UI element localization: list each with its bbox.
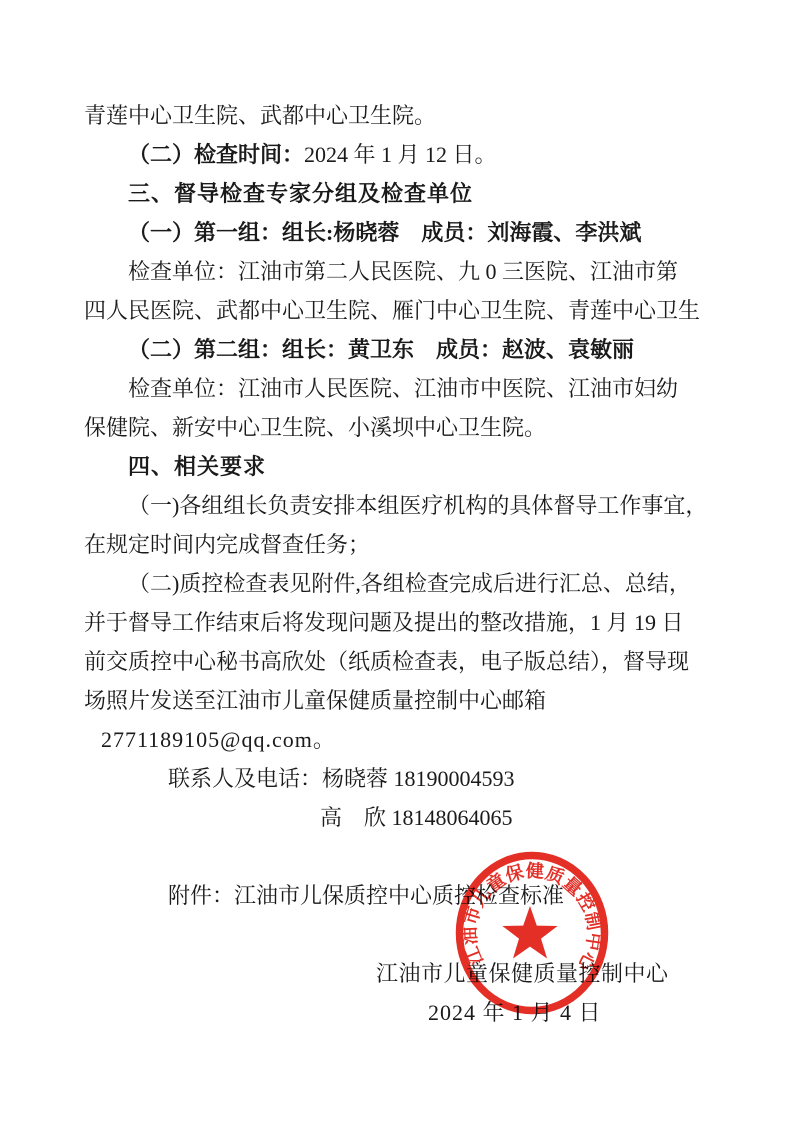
contact-line2: 高 欣 18148064065	[84, 798, 700, 837]
group1-units-line2: 四人民医院、武都中心卫生院、雁门中心卫生院、青莲中心卫生	[84, 291, 700, 330]
section4-heading: 四、相关要求	[84, 447, 700, 486]
inspection-time-label: （二）检查时间：	[128, 142, 304, 167]
group1-units-line1: 检查单位：江油市第二人民医院、九 0 三医院、江油市第	[84, 252, 700, 291]
paragraph-line: 青莲中心卫生院、武都中心卫生院。	[84, 96, 700, 135]
requirement2-line2: 并于督导工作结束后将发现问题及提出的整改措施，1 月 19 日	[84, 603, 700, 642]
inspection-time-value: 2024 年 1 月 12 日。	[304, 142, 497, 167]
requirement2-line4: 场照片发送至江油市儿童保健质量控制中心邮箱	[84, 681, 700, 720]
requirement1-line1: （一)各组组长负责安排本组医疗机构的具体督导工作事宜，	[84, 486, 700, 525]
star-icon	[502, 906, 557, 959]
section3-heading: 三、督导检查专家分组及检查单位	[84, 174, 700, 213]
official-seal: 江油市儿童保健质量控制中心	[452, 851, 612, 1015]
group2-units-line1: 检查单位：江油市人民医院、江油市中医院、江油市妇幼	[84, 369, 700, 408]
group2-units-line2: 保健院、新安中心卫生院、小溪坝中心卫生院。	[84, 408, 700, 447]
requirement1-line2: 在规定时间内完成督查任务；	[84, 525, 700, 564]
group2-line: （二）第二组：组长：黄卫东 成员：赵波、袁敏丽	[84, 330, 700, 369]
requirement2-line1: （二)质控检查表见附件,各组检查完成后进行汇总、总结，	[84, 564, 700, 603]
contact-line1: 联系人及电话：杨晓蓉 18190004593	[84, 759, 700, 798]
inspection-time-line: （二）检查时间：2024 年 1 月 12 日。	[84, 135, 700, 174]
group1-line: （一）第一组：组长:杨晓蓉 成员：刘海霞、李洪斌	[84, 213, 700, 252]
requirement2-line3: 前交质控中心秘书高欣处（纸质检查表，电子版总结），督导现	[84, 642, 700, 681]
email-line: 2771189105@qq.com。	[84, 720, 700, 759]
document-page: 青莲中心卫生院、武都中心卫生院。 （二）检查时间：2024 年 1 月 12 日…	[0, 0, 800, 1131]
